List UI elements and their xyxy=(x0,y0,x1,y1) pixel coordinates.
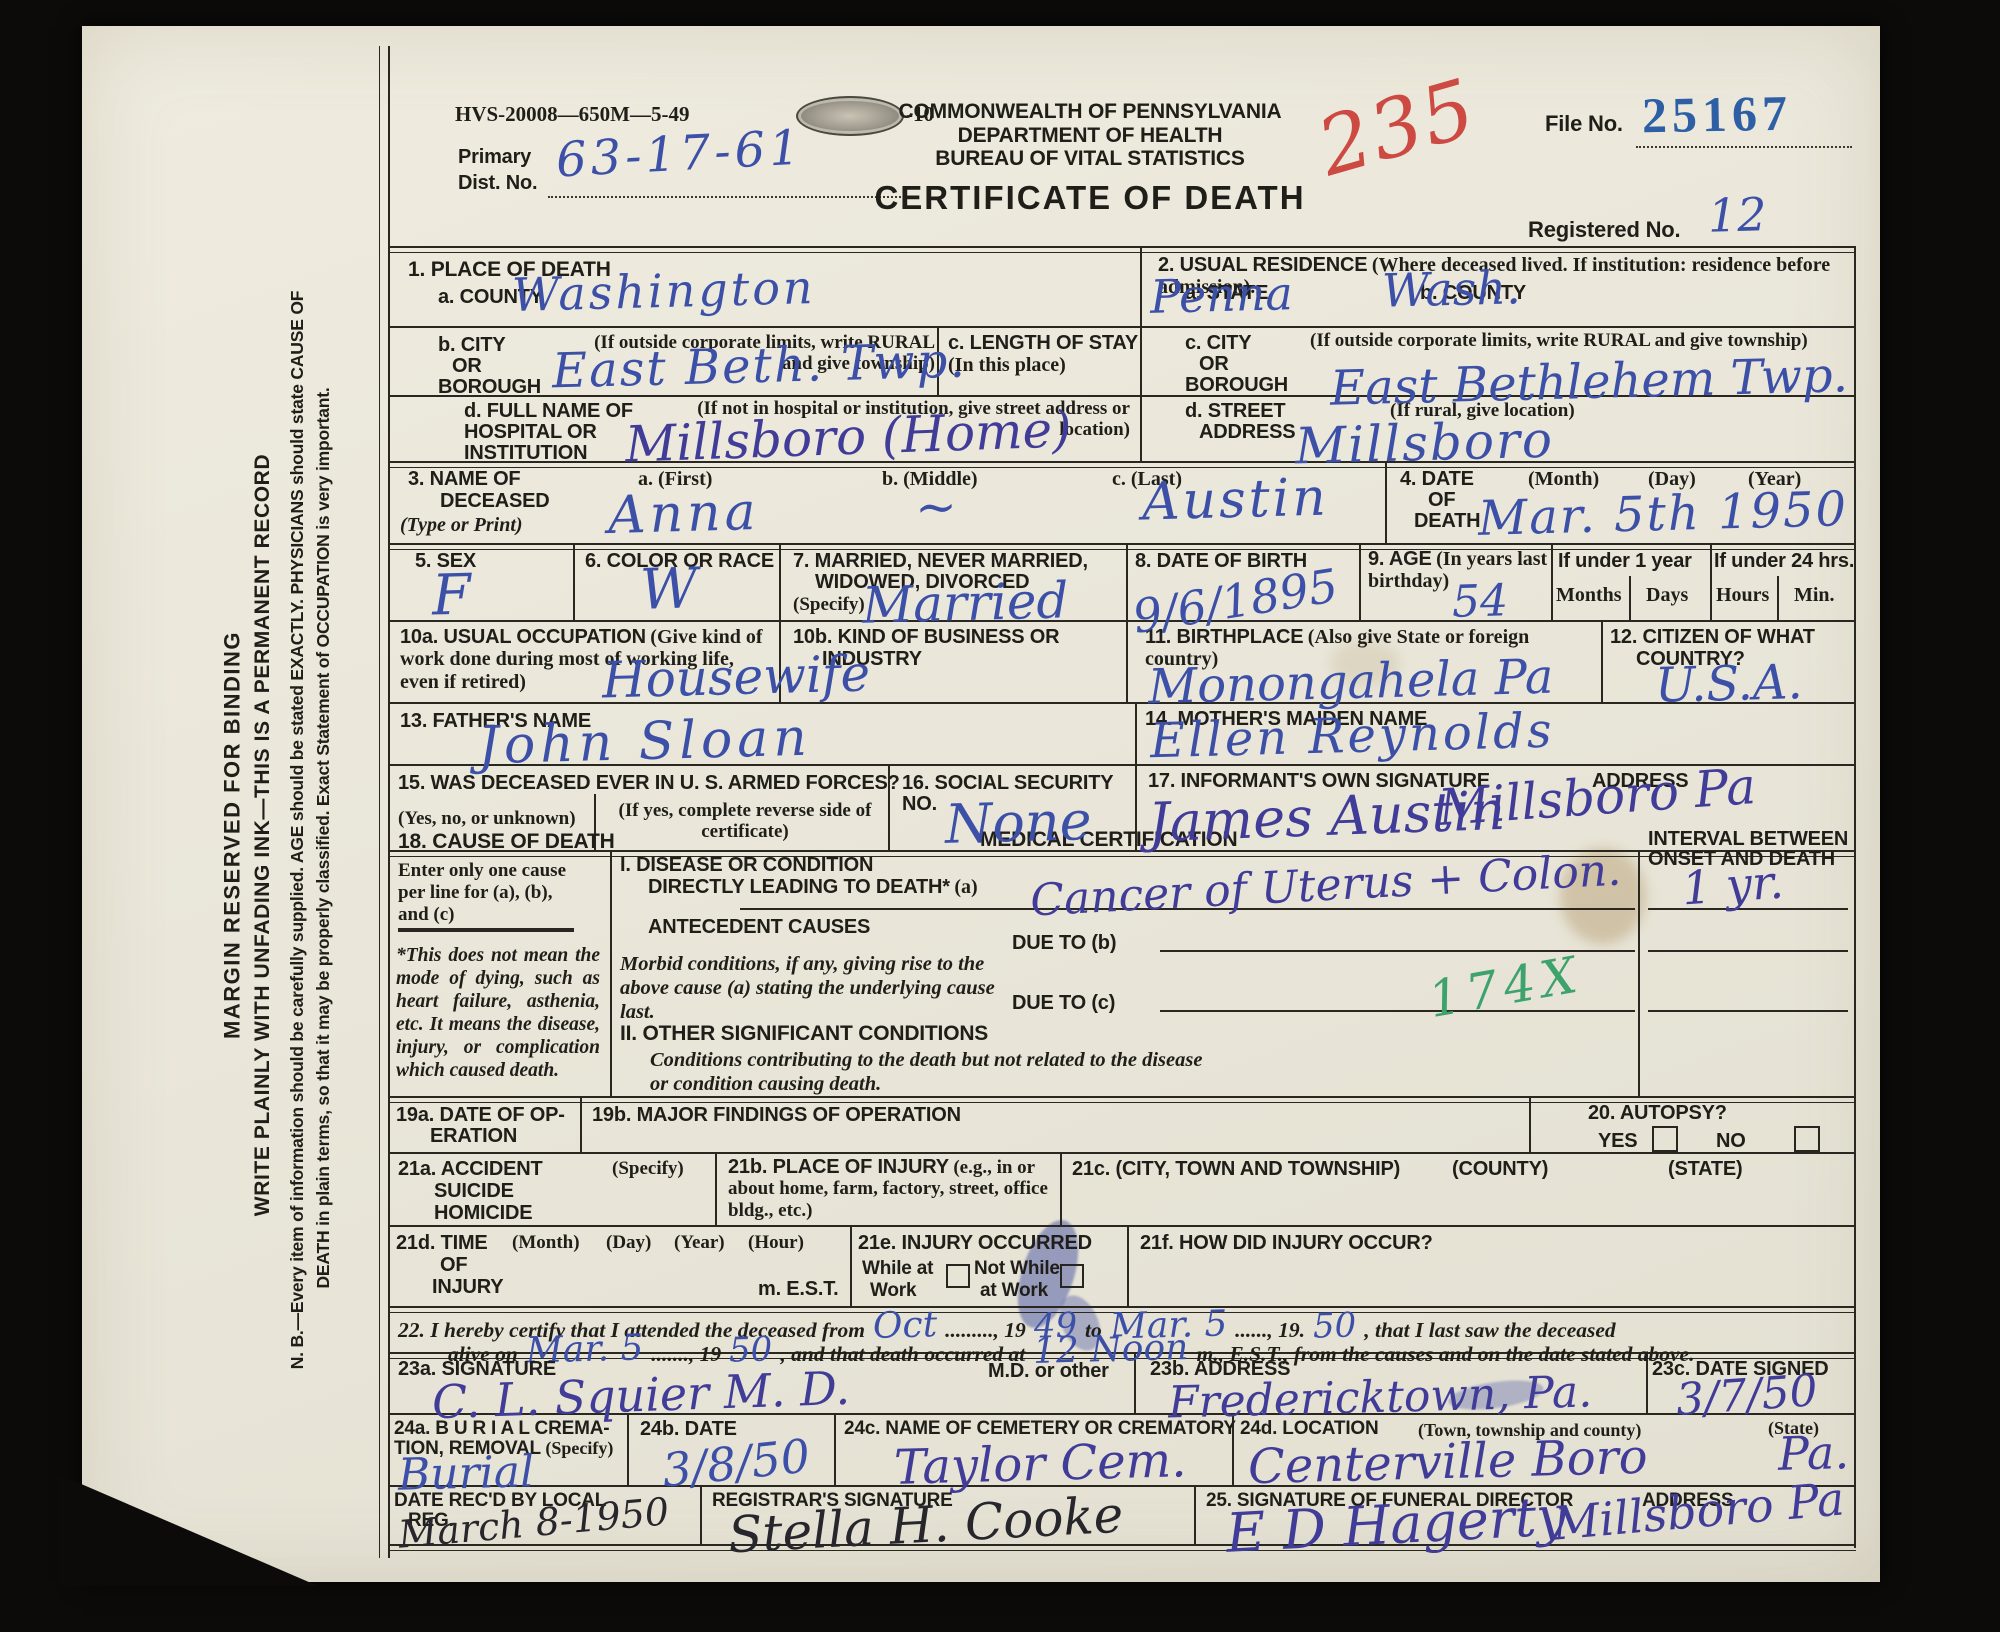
rule-h xyxy=(388,1225,1856,1227)
primary-dist-label-2: Dist. No. xyxy=(458,172,537,194)
field-3-label-2: DECEASED xyxy=(440,490,550,512)
certify-statement-line-2: alive on Mar. 5 ......., 19 50 , and tha… xyxy=(448,1332,1850,1368)
dotted-line xyxy=(1636,146,1852,148)
field-21d-est: m. E.S.T. xyxy=(758,1278,838,1300)
not-while-at-work-checkbox xyxy=(1060,1264,1084,1288)
rule-v xyxy=(1551,543,1553,620)
field-1d-label-1: d. FULL NAME OF xyxy=(464,400,633,422)
field-4-label-3: DEATH xyxy=(1414,510,1480,532)
rule-v xyxy=(610,850,612,1096)
residence-county-value: Wash. xyxy=(1381,264,1521,314)
marital-status-value: Married xyxy=(861,575,1069,630)
field-12-label-1: 12. CITIZEN OF WHAT xyxy=(1610,626,1815,648)
field-21d-hour: (Hour) xyxy=(748,1232,804,1253)
field-21e-label: 21e. INJURY OCCURRED xyxy=(858,1232,1092,1254)
form-number: HVS-20008—650M—5-49 xyxy=(455,103,690,127)
residence-state-value: Penna xyxy=(1149,270,1293,320)
cemetery-name-value: Taylor Cem. xyxy=(893,1436,1187,1492)
field-3-label-3: (Type or Print) xyxy=(400,514,523,536)
not-while-at-work-label-1: Not While xyxy=(974,1258,1060,1279)
field-21a-label-2: SUICIDE xyxy=(434,1180,514,1202)
registered-no-value: 12 xyxy=(1707,191,1767,239)
sex-value: F xyxy=(431,568,471,625)
field-21d-label-1: 21d. TIME xyxy=(396,1232,488,1254)
date-signed-value: 3/7/50 xyxy=(1675,1369,1819,1423)
org-department: DEPARTMENT OF HEALTH xyxy=(888,124,1292,148)
rule-v xyxy=(715,1152,717,1225)
field-15-note-1: (Yes, no, or unknown) xyxy=(398,808,576,829)
org-bureau: BUREAU OF VITAL STATISTICS xyxy=(888,147,1292,171)
field-18-enter-note-2: per line for (a), (b), xyxy=(398,882,552,903)
while-at-work-label-2: Work xyxy=(870,1280,916,1301)
field-3-label-1: 3. NAME OF xyxy=(408,468,520,490)
registered-no-label: Registered No. xyxy=(1528,218,1680,243)
rule-v xyxy=(1777,576,1779,620)
field-21f-label: 21f. HOW DID INJURY OCCUR? xyxy=(1140,1232,1433,1254)
rule-v xyxy=(850,1225,852,1306)
field-18-a-paren: (a) xyxy=(954,876,977,898)
field-18-ii-label: II. OTHER SIGNIFICANT CONDITIONS xyxy=(620,1022,988,1046)
due-to-b-label: DUE TO (b) xyxy=(1012,932,1116,954)
first-name-value: Anna xyxy=(607,486,760,542)
org-commonwealth: COMMONWEALTH OF PENNSYLVANIA xyxy=(888,100,1292,124)
county-of-death-value: Washington xyxy=(511,264,816,318)
months-label: Months xyxy=(1556,584,1622,606)
field-2c-note: (If outside corporate limits, write RURA… xyxy=(1310,330,1840,351)
field-18-i-label-2: DIRECTLY LEADING TO DEATH* xyxy=(648,876,950,898)
occupation-value: Housewife xyxy=(601,649,870,706)
field-1d-label-3: INSTITUTION xyxy=(464,442,587,464)
field-21d-label-2: OF xyxy=(440,1254,467,1276)
physician-address-value: Fredericktown, Pa. xyxy=(1167,1370,1592,1425)
field-21a-specify: (Specify) xyxy=(612,1158,684,1179)
burial-date-value: 3/8/50 xyxy=(660,1432,812,1493)
field-9-label: 9. AGE xyxy=(1368,548,1432,570)
field-2c-label-or: OR xyxy=(1199,353,1229,375)
field-10a-label: 10a. USUAL OCCUPATION xyxy=(400,626,646,648)
primary-dist-label-1: Primary xyxy=(458,146,531,168)
file-no-stamp: 25167 xyxy=(1642,85,1793,144)
rule-h xyxy=(388,461,1856,468)
not-while-at-work-label-2: at Work xyxy=(980,1280,1048,1301)
rule-v xyxy=(1194,1485,1196,1544)
margin-rule xyxy=(388,46,390,1558)
city-of-death-value: East Beth. Twp. xyxy=(551,337,967,396)
field-1c-label: c. LENGTH OF STAY xyxy=(948,332,1138,354)
field-16-label-2: NO. xyxy=(902,793,937,815)
field-24a-specify: (Specify) xyxy=(545,1438,613,1458)
rule-v xyxy=(1710,543,1712,620)
margin-rule xyxy=(379,46,380,1558)
rule-v xyxy=(1140,246,1142,461)
file-no-label: File No. xyxy=(1545,112,1623,137)
margin-note-nb-1: N. B.—Every item of information should b… xyxy=(288,291,308,1370)
field-15-note-2: (If yes, complete reverse side of certif… xyxy=(612,800,878,843)
primary-dist-value: 63-17-61 xyxy=(555,124,805,185)
citizenship-value: U.S.A. xyxy=(1654,658,1803,710)
while-at-work-label-1: While at xyxy=(862,1258,933,1279)
margin-note-binding: MARGIN RESERVED FOR BINDING xyxy=(221,631,246,1039)
under-1-year-label: If under 1 year xyxy=(1558,550,1692,572)
field-2d-label-2: ADDRESS xyxy=(1199,421,1295,443)
rule-v xyxy=(1135,702,1137,764)
rule-v xyxy=(1359,543,1361,620)
autopsy-no-label: NO xyxy=(1716,1130,1746,1152)
days-label: Days xyxy=(1646,584,1688,606)
field-7-label-1: 7. MARRIED, NEVER MARRIED, xyxy=(793,550,1088,572)
rule-v xyxy=(573,543,575,620)
rule-v xyxy=(1529,1096,1531,1152)
interval-line xyxy=(1648,1010,1848,1012)
field-18-label: 18. CAUSE OF DEATH xyxy=(398,830,615,854)
morbid-conditions-note: Morbid conditions, if any, giving rise t… xyxy=(620,952,1012,1024)
interval-line xyxy=(1648,950,1848,952)
field-21a-label-3: HOMICIDE xyxy=(434,1202,532,1224)
rule-v xyxy=(1385,461,1387,543)
field-18-i-label-1: I. DISEASE OR CONDITION xyxy=(620,854,873,876)
field-2c-label-city: c. CITY xyxy=(1185,332,1251,354)
mother-name-value: Ellen Reynolds xyxy=(1149,707,1555,766)
field-1b-label-or: OR xyxy=(452,355,482,377)
rule-v xyxy=(1601,620,1603,702)
rule-h xyxy=(388,246,1856,253)
rule-v xyxy=(627,1413,629,1485)
field-18-ii-note: Conditions contributing to the death but… xyxy=(650,1048,1220,1096)
min-label: Min. xyxy=(1794,584,1835,606)
field-21b-label: 21b. PLACE OF INJURY xyxy=(728,1156,949,1178)
age-value: 54 xyxy=(1451,579,1508,624)
date-of-death-value: Mar. 5th 1950 xyxy=(1477,485,1848,543)
field-21c-county: (COUNTY) xyxy=(1452,1158,1548,1180)
residence-city-value: East Bethlehem Twp. xyxy=(1329,351,1848,413)
physician-signature: C. L. Squier M. D. xyxy=(431,1365,850,1426)
race-value: W xyxy=(639,561,698,618)
field-21d-day: (Day) xyxy=(606,1232,651,1253)
birthplace-value: Monongahela Pa xyxy=(1147,653,1554,712)
field-7-specify-label: (Specify) xyxy=(793,594,865,615)
field-2c-label-borough: BOROUGH xyxy=(1185,374,1288,396)
residence-street-value: Millsboro xyxy=(1294,415,1554,472)
field-23a-md-label: M.D. or other xyxy=(988,1360,1109,1382)
rule-v xyxy=(1060,1152,1062,1225)
ssn-value: None xyxy=(944,794,1092,852)
rule-v xyxy=(1629,576,1631,620)
certify-text: ......., 19 xyxy=(651,1342,721,1366)
autopsy-yes-label: YES xyxy=(1598,1130,1637,1152)
autopsy-no-checkbox xyxy=(1794,1126,1820,1152)
while-at-work-checkbox xyxy=(946,1264,970,1288)
burial-location-state-value: Pa. xyxy=(1777,1429,1849,1477)
field-18-enter-note-1: Enter only one cause xyxy=(398,860,566,881)
rule-v xyxy=(1126,543,1128,702)
field-20-label: 20. AUTOPSY? xyxy=(1588,1102,1727,1124)
answer-line-c xyxy=(1160,1010,1635,1012)
rule-v xyxy=(1638,850,1640,1096)
antecedent-causes-label: ANTECEDENT CAUSES xyxy=(648,916,870,938)
last-seen-alive-year-value: 50 xyxy=(729,1332,773,1367)
last-name-value: Austin xyxy=(1141,472,1329,529)
middle-name-value: ~ xyxy=(914,481,957,532)
rule-v xyxy=(1854,246,1856,1548)
interval-value: 1 yr. xyxy=(1681,859,1785,912)
margin-note-nb-2: DEATH in plain terms, so that it may be … xyxy=(314,387,334,1288)
under-24-hrs-label: If under 24 hrs. xyxy=(1714,550,1854,572)
due-to-c-label: DUE TO (c) xyxy=(1012,992,1115,1014)
field-2d-label-1: d. STREET xyxy=(1185,400,1285,422)
rule-v xyxy=(1127,1225,1129,1306)
margin-note-ink: WRITE PLAINLY WITH UNFADING INK—THIS IS … xyxy=(251,454,275,1216)
field-4-label-2: OF xyxy=(1428,489,1455,511)
field-21a-label-1: 21a. ACCIDENT xyxy=(398,1158,542,1180)
rule-v xyxy=(834,1413,836,1485)
field-19b-label: 19b. MAJOR FINDINGS OF OPERATION xyxy=(592,1104,961,1126)
field-1d-label-2: HOSPITAL OR xyxy=(464,421,597,443)
scanned-death-certificate: MARGIN RESERVED FOR BINDING WRITE PLAINL… xyxy=(0,0,2000,1632)
field-18-star-note: *This does not mean the mode of dying, s… xyxy=(396,944,600,1082)
field-1b-label-borough: BOROUGH xyxy=(438,376,541,398)
field-15-label: 15. WAS DECEASED EVER IN U. S. ARMED FOR… xyxy=(398,772,900,794)
rule-h-short xyxy=(398,928,574,932)
burial-type-value: Burial xyxy=(397,1450,534,1498)
field-19a-label-2: ERATION xyxy=(430,1125,517,1147)
document-title: CERTIFICATE OF DEATH xyxy=(850,180,1330,217)
father-name-value: John Sloan xyxy=(477,712,812,773)
rule-h xyxy=(388,620,1856,622)
place-of-death-institution-value: Millsboro (Home) xyxy=(624,404,1072,470)
field-1b-label-city: b. CITY xyxy=(438,334,506,356)
autopsy-yes-checkbox xyxy=(1652,1126,1678,1152)
field-18-enter-note-3: and (c) xyxy=(398,904,454,925)
field-21d-label-3: INJURY xyxy=(432,1276,503,1298)
rule-h xyxy=(388,1544,1856,1551)
field-21c-label: 21c. (CITY, TOWN AND TOWNSHIP) xyxy=(1072,1158,1400,1180)
rule-v xyxy=(580,1096,582,1152)
field-21c-state: (STATE) xyxy=(1668,1158,1743,1180)
rule-h xyxy=(388,326,1856,328)
field-21d-month: (Month) xyxy=(512,1232,580,1253)
field-19a-label-1: 19a. DATE OF OP- xyxy=(396,1104,565,1126)
hours-label: Hours xyxy=(1716,584,1769,606)
burial-location-value: Centerville Boro xyxy=(1247,1433,1648,1491)
field-21d-year: (Year) xyxy=(674,1232,725,1253)
